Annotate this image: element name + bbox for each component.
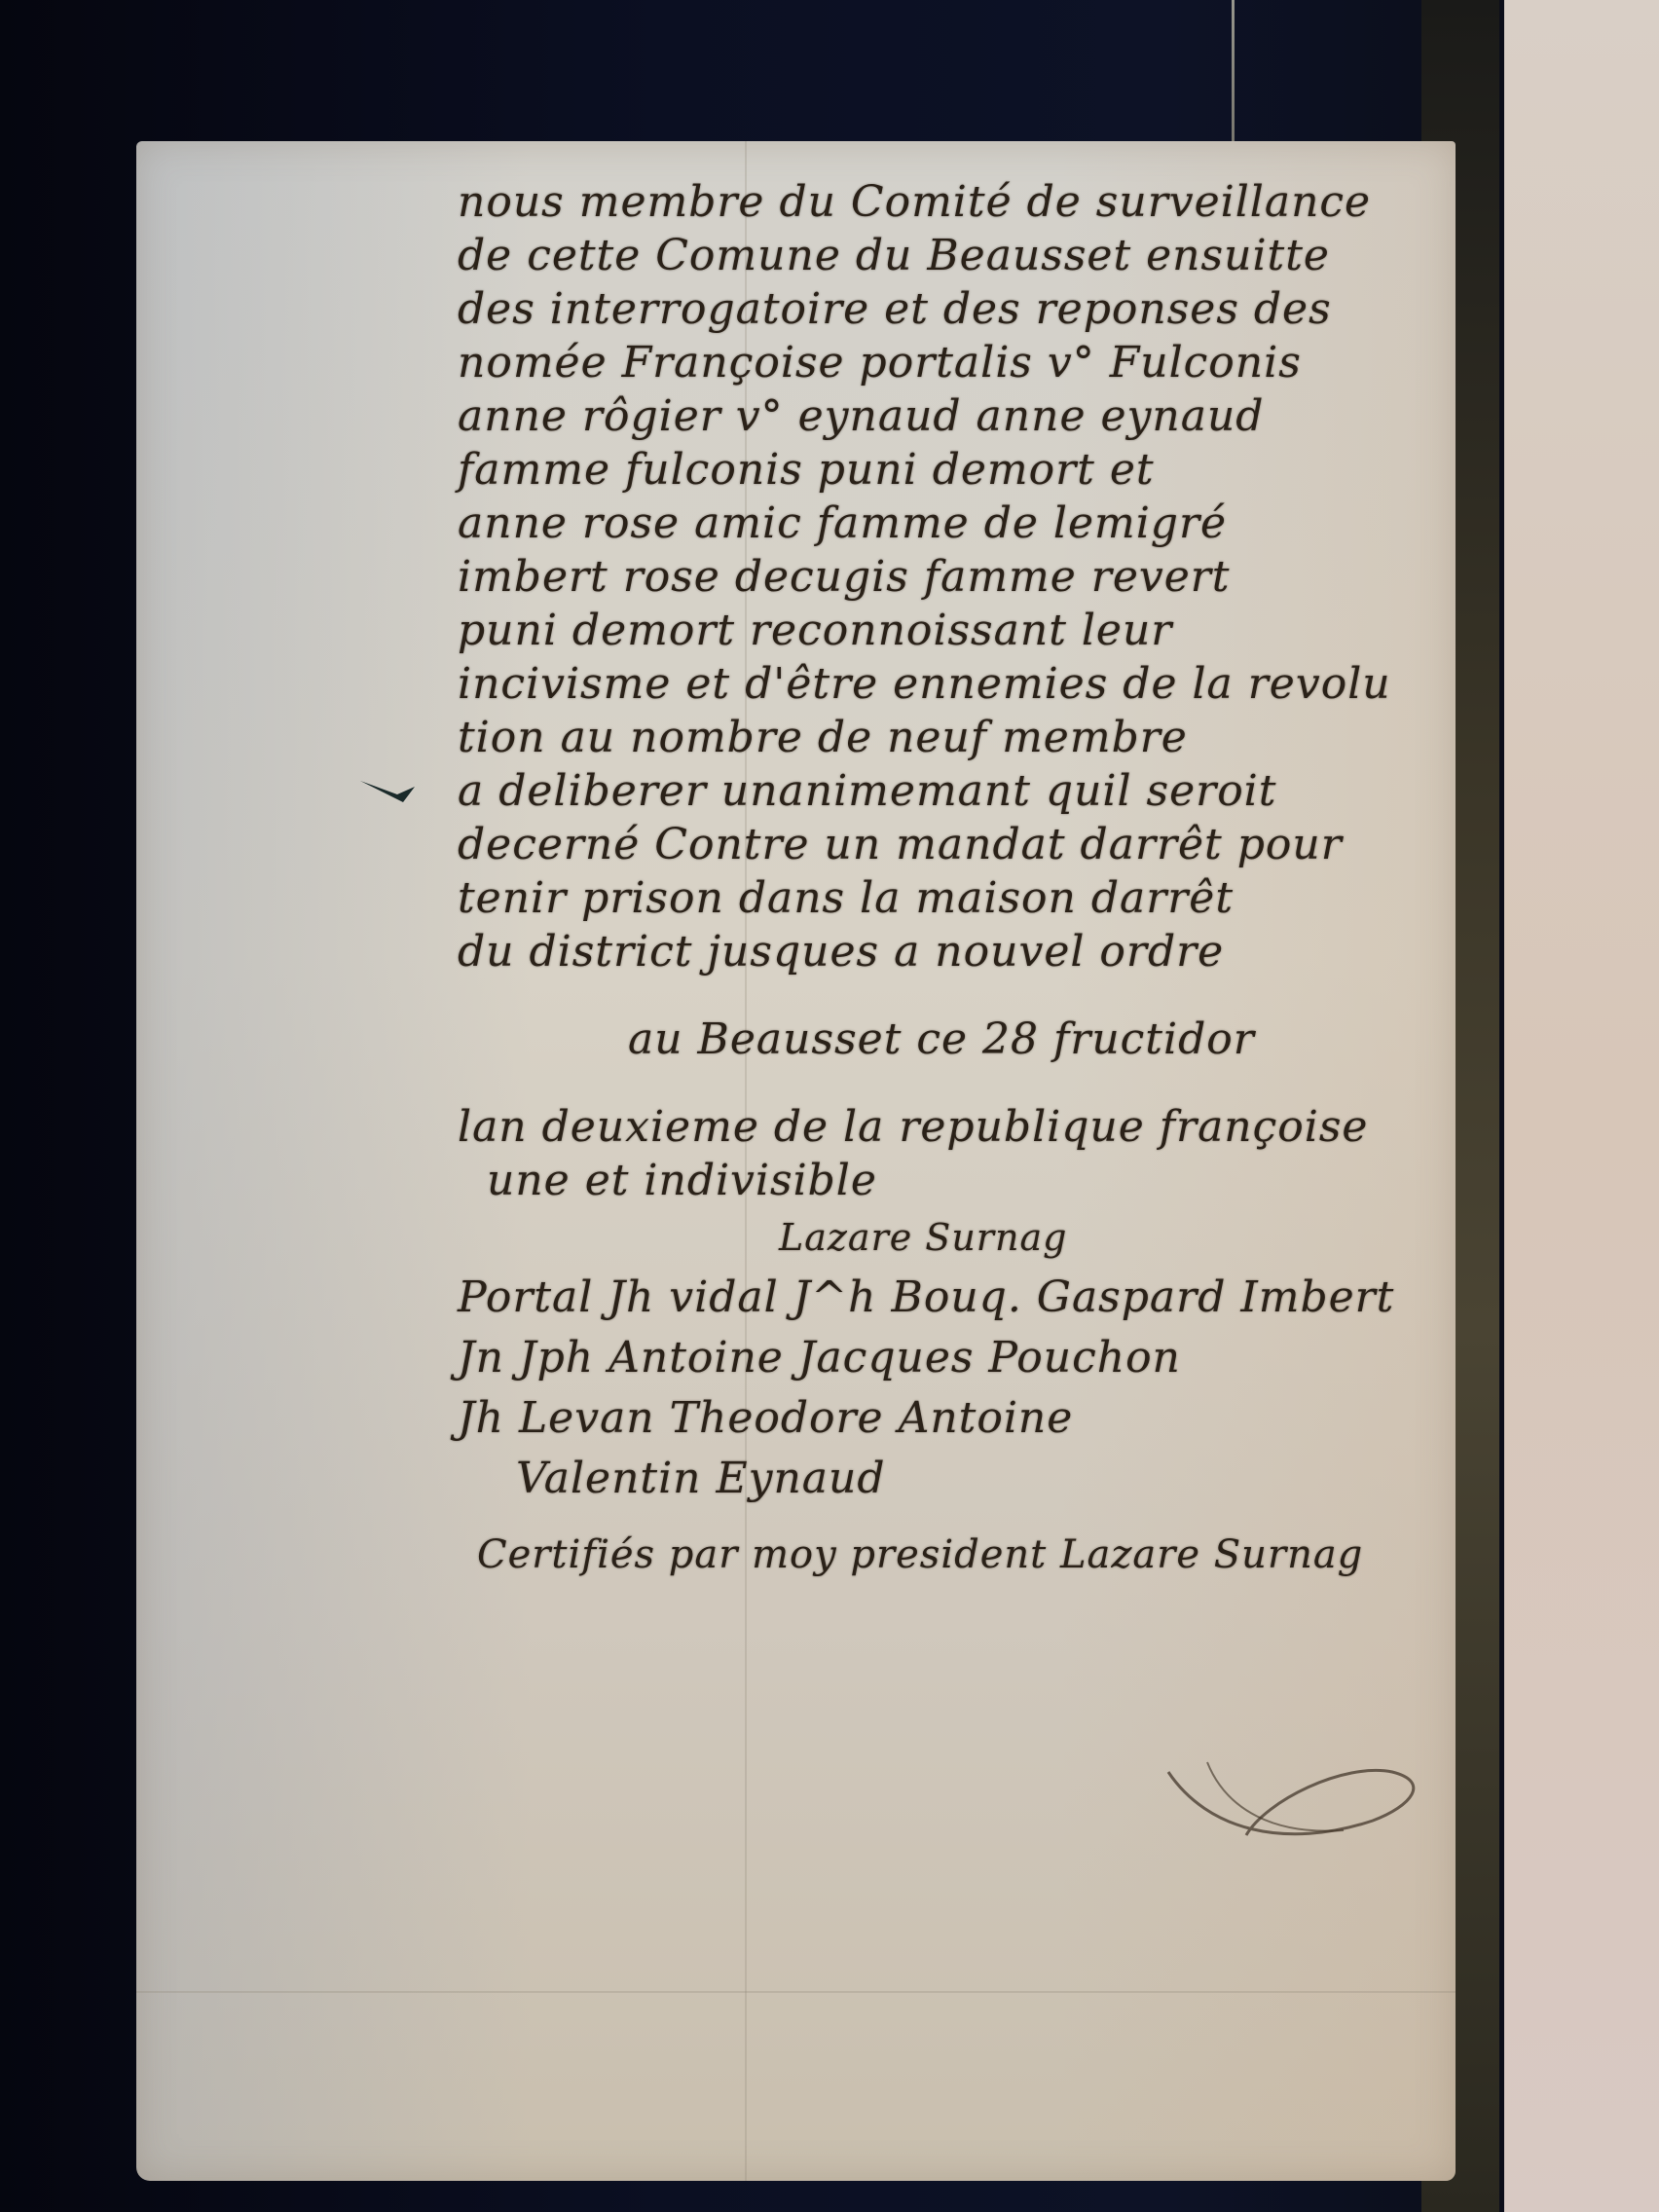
body-line: de cette Comune du Beausset ensuitte bbox=[458, 229, 1451, 282]
manuscript-text: nous membre du Comité de surveillance de… bbox=[458, 175, 1451, 1582]
body-line: anne rose amic famme de lemigré bbox=[458, 497, 1451, 550]
year-line: une et indivisible bbox=[458, 1154, 1451, 1207]
body-line: incivisme et d'être ennemies de la revol… bbox=[458, 657, 1451, 711]
signature-line: Valentin Eynaud bbox=[458, 1449, 1451, 1509]
year-line: lan deuxieme de la republique françoise bbox=[458, 1100, 1451, 1154]
dateline: au Beausset ce 28 fructidor bbox=[458, 1013, 1451, 1066]
body-line: decerné Contre un mandat darrêt pour bbox=[458, 818, 1451, 871]
signature-line: Jh Levan Theodore Antoine bbox=[458, 1388, 1451, 1449]
signature-above: Lazare Surnag bbox=[458, 1207, 1451, 1268]
body-line: tenir prison dans la maison darrêt bbox=[458, 871, 1451, 925]
body-line: puni demort reconnoissant leur bbox=[458, 604, 1451, 657]
binding-thread bbox=[1232, 0, 1235, 156]
signatures-block: Lazare Surnag Portal Jh vidal J^h Bouq. … bbox=[458, 1207, 1451, 1509]
signature-line: Jn Jph Antoine Jacques Pouchon bbox=[458, 1328, 1451, 1388]
body-line: anne rôgier v° eynaud anne eynaud bbox=[458, 389, 1451, 443]
signature-line: Portal Jh vidal J^h Bouq. Gaspard Imbert bbox=[458, 1268, 1451, 1328]
body-line: famme fulconis puni demort et bbox=[458, 443, 1451, 497]
photo-scene: nous membre du Comité de surveillance de… bbox=[0, 0, 1659, 2212]
body-line: a deliberer unanimemant quil seroit bbox=[458, 764, 1451, 818]
horizontal-fold-line bbox=[136, 1991, 1456, 1993]
body-line: nous membre du Comité de surveillance bbox=[458, 175, 1451, 229]
body-line: nomée Françoise portalis v° Fulconis bbox=[458, 336, 1451, 389]
check-mark-icon bbox=[358, 775, 421, 804]
body-line: imbert rose decugis famme revert bbox=[458, 550, 1451, 604]
certification-line: Certifiés par moy president Lazare Surna… bbox=[458, 1529, 1451, 1582]
body-line: du district jusques a nouvel ordre bbox=[458, 925, 1451, 978]
body-line: des interrogatoire et des reponses des bbox=[458, 282, 1451, 336]
signature-flourish-icon bbox=[1149, 1743, 1441, 1860]
body-line: tion au nombre de neuf membre bbox=[458, 711, 1451, 764]
right-backdrop bbox=[1504, 0, 1659, 2212]
